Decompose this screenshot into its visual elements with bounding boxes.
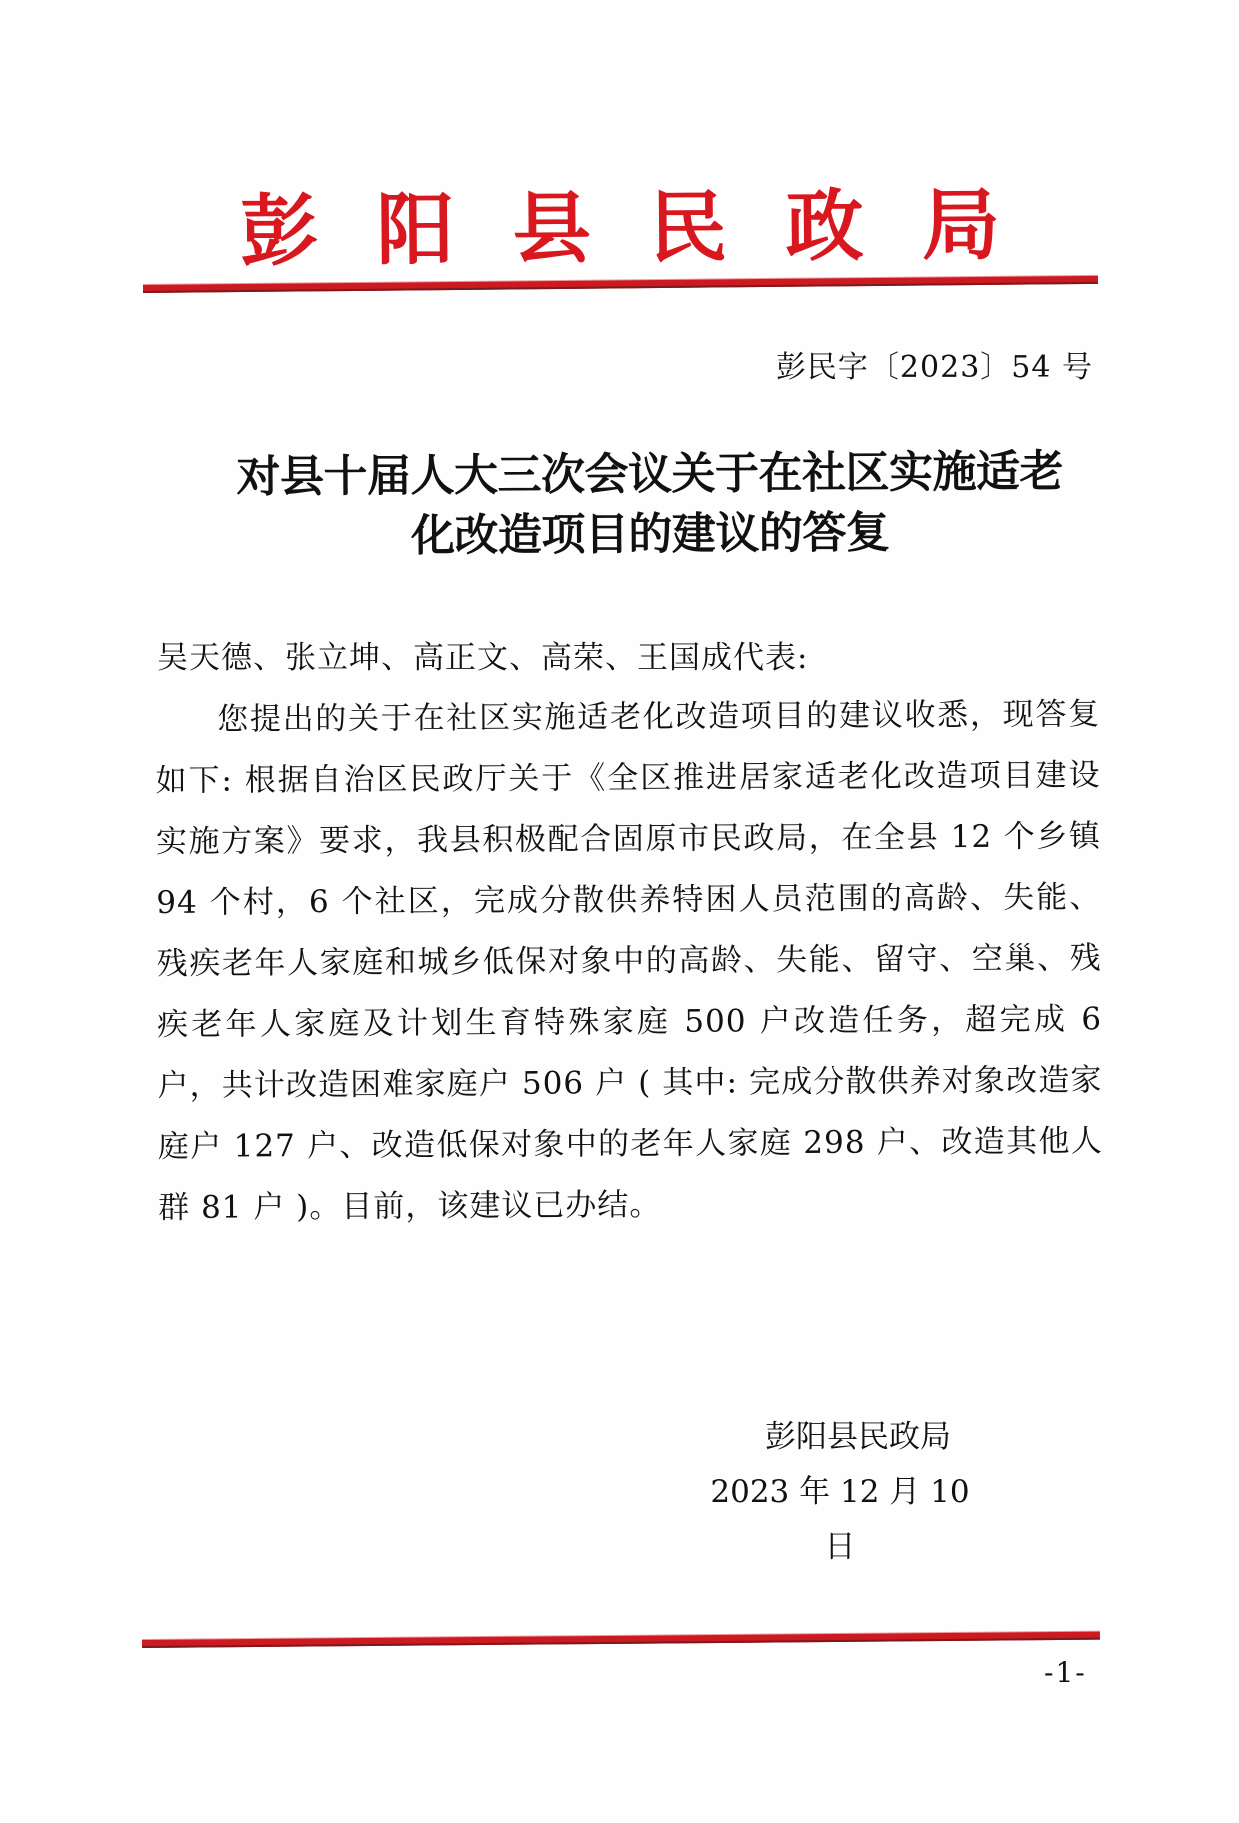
masthead-organization: 彭 阳 县 民 政 局 xyxy=(240,187,1001,272)
masthead-char: 阳 xyxy=(376,191,455,270)
page-number: -1- xyxy=(1044,1656,1087,1689)
masthead-char: 民 xyxy=(649,189,728,268)
signature-date: 2023 年 12 月 10 日 xyxy=(700,1465,980,1575)
signature-organization: 彭阳县民政局 xyxy=(700,1410,980,1465)
document-page: 彭 阳 县 民 政 局 彭民字〔2023〕54 号 对县十届人大三次会议关于在社… xyxy=(0,0,1239,1823)
red-header-divider xyxy=(143,276,1098,293)
salutation: 吴天德、张立坤、高正文、高荣、王国成代表: xyxy=(157,632,808,677)
masthead-char: 县 xyxy=(512,190,591,269)
document-number: 彭民字〔2023〕54 号 xyxy=(776,342,1093,386)
signature-block: 彭阳县民政局 2023 年 12 月 10 日 xyxy=(700,1410,980,1575)
masthead-char: 局 xyxy=(922,187,1001,266)
title-line-1: 对县十届人大三次会议关于在社区实施适老 xyxy=(190,442,1110,508)
red-footer-divider xyxy=(142,1632,1100,1648)
masthead-char: 彭 xyxy=(240,193,319,272)
document-title: 对县十届人大三次会议关于在社区实施适老 化改造项目的建议的答复 xyxy=(190,442,1111,568)
masthead-char: 政 xyxy=(785,188,864,267)
title-line-2: 化改造项目的建议的答复 xyxy=(190,502,1110,568)
body-paragraph: 您提出的关于在社区实施适老化改造项目的建议收悉，现答复如下: 根据自治区民政厅关… xyxy=(155,684,1103,1239)
